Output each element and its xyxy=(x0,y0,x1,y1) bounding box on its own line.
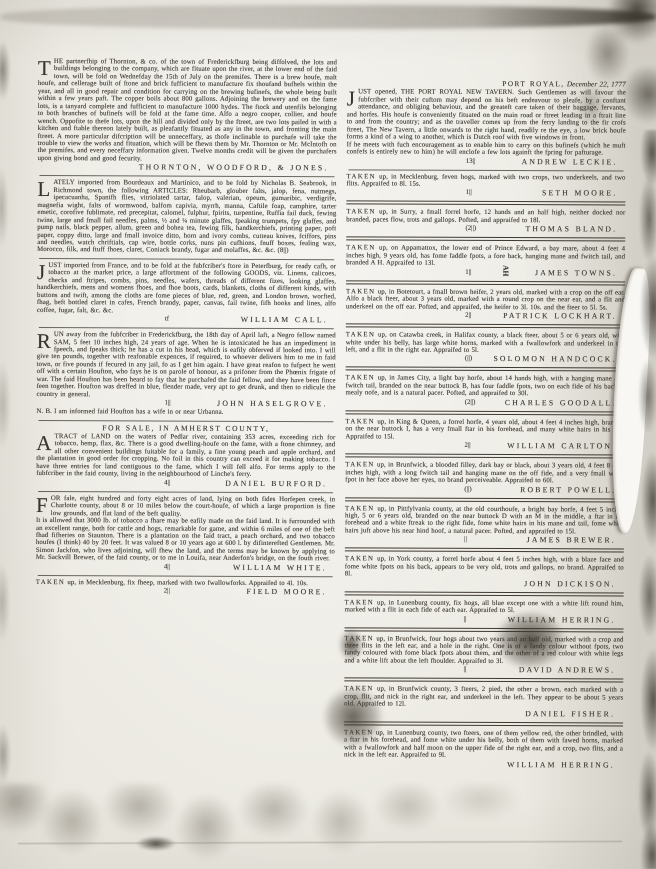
ad-lead: TAKEN xyxy=(344,686,374,693)
advertisement: TAKEN up, in King & Queen, a forrel horf… xyxy=(345,410,624,451)
ad-text: up, in Brunfwick, a blooded filley, dark… xyxy=(345,462,624,485)
ad-paragraph: TAKEN up, in York county, a forrel horfe… xyxy=(345,556,624,580)
advertisement: PORT ROYAL, December 22, 1777JUST opened… xyxy=(347,80,626,166)
signature-name: WILLIAM CARLTON. xyxy=(507,441,616,450)
ad-paragraph: TAKEN up, in Mecklenburg, feven hogs, ma… xyxy=(346,173,625,189)
signature-mark: || xyxy=(464,666,467,673)
ad-paragraph: RUN away from the fubfcriber in Frederic… xyxy=(37,331,336,399)
signature-name: DAVID ANDREWS. xyxy=(519,665,615,674)
signature-name: JAMES TOWNS. xyxy=(535,268,617,277)
advertisement: TAKEN up, in Mecklenburg, feven hogs, ma… xyxy=(346,169,625,198)
signature-mark: 1|| xyxy=(465,269,471,276)
signature-name: ANDREW LECKIE. xyxy=(522,157,618,166)
ad-paragraph: TAKEN up, on Catawba creek, in Halifax c… xyxy=(346,331,625,355)
signature-row: (||)SOLOMON HANDCOCK. xyxy=(346,355,617,364)
advertisement: TAKEN up, in Mecklenburg, fix fheep, mar… xyxy=(36,575,335,597)
rule-divider xyxy=(346,201,625,206)
ad-paragraph: FOR fale, eight hundred and forty eight … xyxy=(36,495,335,519)
ad-text: up, in Mecklenburg, fix fheep, marked wi… xyxy=(65,579,308,587)
ad-text: up, in King & Queen, a forrel horfe, 4 y… xyxy=(345,418,624,440)
advertisement: TAKEN up, in Lunenburg county, fix hogs,… xyxy=(345,591,624,624)
signature-row: 2||PATRICK LOCKHART. xyxy=(346,311,617,320)
rule-divider xyxy=(39,175,334,177)
advertisement: JUST imported from France, and to be fol… xyxy=(37,258,336,324)
signature-row: DANIEL FISHER. xyxy=(344,709,615,718)
ad-text: up, on Appamattox, the lower end of Prin… xyxy=(346,245,625,267)
nb-note: N. B. I am informed faid Houfton has a w… xyxy=(36,408,335,417)
advertisement: TAKEN up, on Appamattox, the lower end o… xyxy=(346,237,625,278)
advertisement: TAKEN up, in Brunfwick county, 3 fteers,… xyxy=(344,678,623,719)
ad-lead: TAKEN xyxy=(346,288,376,295)
signature-mark: 4|| xyxy=(164,479,170,486)
rule-divider xyxy=(38,491,333,493)
ad-text: UST imported from France, and to be fold… xyxy=(37,262,336,314)
rule-divider xyxy=(38,575,333,577)
rule-divider xyxy=(345,548,624,553)
signature-row: ||DAVID ANDREWS. xyxy=(344,666,615,675)
rule-divider xyxy=(346,367,625,372)
signature-name: CHARLES GOODALL. xyxy=(505,398,617,407)
column-right: PORT ROYAL, December 22, 1777JUST opened… xyxy=(344,80,626,773)
signature-mark: (2||) xyxy=(465,225,476,232)
signature-row: ||WILLIAM HERRING. xyxy=(345,615,616,624)
ad-text: up, in James City, a light bay horfe, ab… xyxy=(346,375,625,398)
dropcap-initial: R xyxy=(37,331,54,349)
signature-mark: 2|| xyxy=(164,588,170,595)
rule-divider xyxy=(346,237,625,242)
signature-mark: (||) xyxy=(464,485,471,492)
ad-text: up, in Surry, a fmall forrel horfe, 12 h… xyxy=(346,209,625,224)
signature-name: JOHN DICKISON. xyxy=(524,579,615,588)
rule-divider xyxy=(38,420,333,422)
signature-row: 2||FIELD MOORE. xyxy=(36,587,327,596)
ad-text: HE partnerfhip of Thornton, & co. of the… xyxy=(38,58,337,162)
ad-paragraph: TAKEN up, in Brunfwick, four hogs about … xyxy=(344,635,623,666)
ad-text: up, in Pittfylvania county, at the old c… xyxy=(345,505,624,535)
ad-paragraph: THE partnerfhip of Thornton, & co. of th… xyxy=(38,58,337,164)
signature-mark: 1|| xyxy=(165,400,171,407)
ad-lead: TAKEN xyxy=(36,579,66,586)
ad-paragraph: TAKEN up, in Lunenburg county, fix hogs,… xyxy=(345,599,624,615)
ad-paragraph: JUST imported from France, and to be fol… xyxy=(37,262,336,315)
signature-mark: 2|| xyxy=(465,312,471,319)
ad-paragraph: TAKEN up, on Appamattox, the lower end o… xyxy=(346,245,625,269)
rule-divider xyxy=(345,453,624,458)
signature-row: 1||SETH MOORE. xyxy=(346,189,617,198)
signature-name: WILLIAM HERRING. xyxy=(508,615,616,624)
signature-row: (2||)THOMAS BLAND. xyxy=(346,225,617,234)
ad-text: UST opened, THE PORT ROYAL NEW TAVERN. S… xyxy=(347,89,626,142)
dropcap-initial: J xyxy=(347,89,358,107)
signature-name: THOMAS BLAND. xyxy=(525,224,617,233)
advertisement: TAKEN up, in Brunfwick, a blooded filley… xyxy=(345,453,624,494)
ad-paragraph: TAKEN up, in Botetourt, a fmall brown he… xyxy=(346,288,625,312)
signature-mark: tf xyxy=(165,316,169,323)
ad-lead: TAKEN xyxy=(346,245,376,252)
rule-divider xyxy=(344,678,623,683)
ad-text: TRACT of LAND on the waters of Pedlar ri… xyxy=(36,433,335,478)
ad-lead: TAKEN xyxy=(345,418,375,425)
rule-divider xyxy=(39,258,334,260)
signature-name: ROBERT POWELL. xyxy=(520,485,616,494)
signature-row: 1||JOHN HASELGROVE. xyxy=(36,399,327,408)
signature-row: THORNTON, WOODFORD, & JONES. xyxy=(38,163,329,172)
brand-mark: AH xyxy=(502,265,510,276)
rule-divider xyxy=(345,591,624,596)
dropcap-initial: F xyxy=(36,495,51,513)
rule-divider xyxy=(345,627,624,632)
ad-text: UN away from the fubfcriber in Frederick… xyxy=(37,331,336,398)
ad-paragraph: JUST opened, THE PORT ROYAL NEW TAVERN. … xyxy=(347,89,626,142)
rule-divider xyxy=(346,323,625,328)
ad-text: up, in Lunenburg county, fix hogs, all b… xyxy=(345,599,624,614)
signature-row: WILLIAM HERRING. xyxy=(344,760,615,769)
signature-name: WILLIAM CALL. xyxy=(241,315,328,324)
signature-row: 2||WILLIAM CARLTON. xyxy=(345,441,616,450)
advertisement: THE partnerfhip of Thornton, & co. of th… xyxy=(38,58,337,173)
signature-row: AH1||JAMES TOWNS. xyxy=(346,268,617,277)
dropcap-initial: T xyxy=(38,58,54,76)
signature-name: THORNTON, WOODFORD, & JONES. xyxy=(139,163,329,173)
ad-text: up, in Mecklenburg, feven hogs, marked w… xyxy=(346,173,625,188)
advertisement: LATELY imported from Bourdeaux and Marti… xyxy=(37,175,336,255)
signature-name: FIELD MOORE. xyxy=(246,587,326,596)
ad-lead: TAKEN xyxy=(345,599,375,606)
ad-paragraph: TAKEN up, in Lunenburg county, two fteer… xyxy=(344,729,623,760)
ad-lead: TAKEN xyxy=(346,209,376,216)
advertisement: TAKEN up, in Pittfylvania county, at the… xyxy=(345,497,624,545)
signature-mark: || xyxy=(464,615,467,622)
rule-divider xyxy=(345,497,624,502)
ad-text: up, in Brunfwick, four hogs about two ye… xyxy=(344,635,623,665)
signature-mark: 2|| xyxy=(465,442,471,449)
signature-name: JAMES BREWER. xyxy=(527,535,616,544)
advertisement: RUN away from the fubfcriber in Frederic… xyxy=(36,327,335,417)
signature-name: DANIEL FISHER. xyxy=(525,709,615,718)
signature-name: SETH MOORE. xyxy=(542,189,617,198)
signature-row: tfWILLIAM CALL. xyxy=(37,315,328,324)
ad-text: It is allowed that 3000 lb. of tobacco a… xyxy=(36,517,335,563)
signature-row: JOHN DICKISON. xyxy=(345,579,616,588)
ad-lead: TAKEN xyxy=(345,556,375,563)
ad-text: up, in Brunfwick county, 3 fteers, 2 pie… xyxy=(344,686,623,708)
signature-mark: 1|| xyxy=(466,189,472,196)
ad-paragraph: TAKEN up, in Brunfwick county, 3 fteers,… xyxy=(344,686,623,710)
ad-lead: TAKEN xyxy=(346,375,376,382)
ad-paragraph: LATELY imported from Bourdeaux and Marti… xyxy=(37,179,336,255)
signature-row: 4||WILLIAM WHITE. xyxy=(36,563,327,572)
signature-row: (||)ROBERT POWELL. xyxy=(345,485,616,494)
signature-name: JOHN HASELGROVE. xyxy=(217,399,327,408)
signature-mark: (2||) xyxy=(465,399,476,406)
ad-lead: TAKEN xyxy=(345,461,375,468)
rule-divider xyxy=(345,410,624,415)
ad-paragraph: TAKEN up, in Surry, a fmall forrel horfe… xyxy=(346,209,625,225)
ad-paragraph: ATRACT of LAND on the waters of Pedlar r… xyxy=(36,433,335,479)
rule-divider xyxy=(39,327,334,329)
advertisement: TAKEN up, in Botetourt, a fmall brown he… xyxy=(346,280,625,321)
dateline-place: PORT ROYAL, xyxy=(502,80,564,88)
rule-divider xyxy=(346,280,625,285)
advertisement: TAKEN up, in Lunenburg county, two fteer… xyxy=(344,721,623,769)
ad-text: OR fale, eight hundred and forty eight a… xyxy=(51,495,335,517)
signature-mark: (||) xyxy=(465,355,472,362)
ad-paragraph: If he meets with fuch encouragement as t… xyxy=(347,141,626,157)
ad-lead: TAKEN xyxy=(345,505,375,512)
dropcap-initial: A xyxy=(36,433,54,451)
advertisement: TAKEN up, in Surry, a fmall forrel horfe… xyxy=(346,201,625,234)
signature-mark: 13|| xyxy=(466,157,476,164)
newspaper-page: THE partnerfhip of Thornton, & co. of th… xyxy=(0,0,656,869)
ad-lead: TAKEN xyxy=(344,729,374,736)
advertisement: FOR fale, eight hundred and forty eight … xyxy=(36,491,335,572)
signature-name: WILLIAM WHITE. xyxy=(233,563,327,572)
advertisement: TAKEN up, in Brunfwick, four hogs about … xyxy=(344,627,623,675)
dropcap-initial: L xyxy=(37,179,53,197)
advertisement: FOR SALE, IN AMHERST COUNTY,ATRACT of LA… xyxy=(36,420,335,488)
ad-lead: TAKEN xyxy=(346,331,376,338)
ad-paragraph: TAKEN up, in King & Queen, a forrel horf… xyxy=(345,418,624,442)
signature-mark: || xyxy=(464,536,467,543)
ad-text: up, in Botetourt, a fmall brown heifer, … xyxy=(346,288,625,311)
column-left: THE partnerfhip of Thornton, & co. of th… xyxy=(36,58,337,601)
page-content: THE partnerfhip of Thornton, & co. of th… xyxy=(0,0,656,869)
advertisement: TAKEN up, in James City, a light bay hor… xyxy=(345,367,624,408)
signature-name: SOLOMON HANDCOCK. xyxy=(493,354,616,364)
dropcap-initial: J xyxy=(37,262,48,280)
rule-divider xyxy=(344,721,623,726)
signature-name: DANIEL BURFORD. xyxy=(225,479,327,488)
ad-text: If he meets with fuch encouragement as t… xyxy=(347,141,626,157)
ad-paragraph: TAKEN up, in Brunfwick, a blooded filley… xyxy=(345,461,624,485)
ad-paragraph: It is allowed that 3000 lb. of tobacco a… xyxy=(36,517,335,563)
signature-row: 13||ANDREW LECKIE. xyxy=(347,157,618,166)
ad-text: ATELY imported from Bourdeaux and Martin… xyxy=(37,179,336,254)
signature-name: WILLIAM HERRING. xyxy=(507,760,615,769)
signature-row: (2||)CHARLES GOODALL. xyxy=(345,398,616,407)
ad-paragraph: TAKEN up, in Mecklenburg, fix fheep, mar… xyxy=(36,579,335,588)
signature-mark: 4|| xyxy=(164,563,170,570)
ad-heading: FOR SALE, IN AMHERST COUNTY, xyxy=(36,424,335,433)
ad-lead: TAKEN xyxy=(346,173,376,180)
ad-paragraph: TAKEN up, in Pittfylvania county, at the… xyxy=(345,505,624,536)
ad-text: up, on Catawba creek, in Halifax county,… xyxy=(346,332,625,354)
ad-text: up, in York county, a forrel horfe about… xyxy=(345,556,624,578)
signature-name: PATRICK LOCKHART. xyxy=(503,311,617,320)
dateline-date: December 22, 1777 xyxy=(567,80,626,88)
ad-text: up, in Lunenburg county, two fteers, one… xyxy=(344,729,623,759)
signature-row: 4||DANIEL BURFORD. xyxy=(36,479,327,488)
rule-divider xyxy=(349,169,624,171)
ad-lead: TAKEN xyxy=(344,635,374,642)
signature-row: ||JAMES BREWER. xyxy=(345,536,616,545)
advertisement: TAKEN up, on Catawba creek, in Halifax c… xyxy=(346,323,625,364)
ad-paragraph: TAKEN up, in James City, a light bay hor… xyxy=(346,375,625,399)
advertisement: TAKEN up, in York county, a forrel horfe… xyxy=(345,548,624,589)
